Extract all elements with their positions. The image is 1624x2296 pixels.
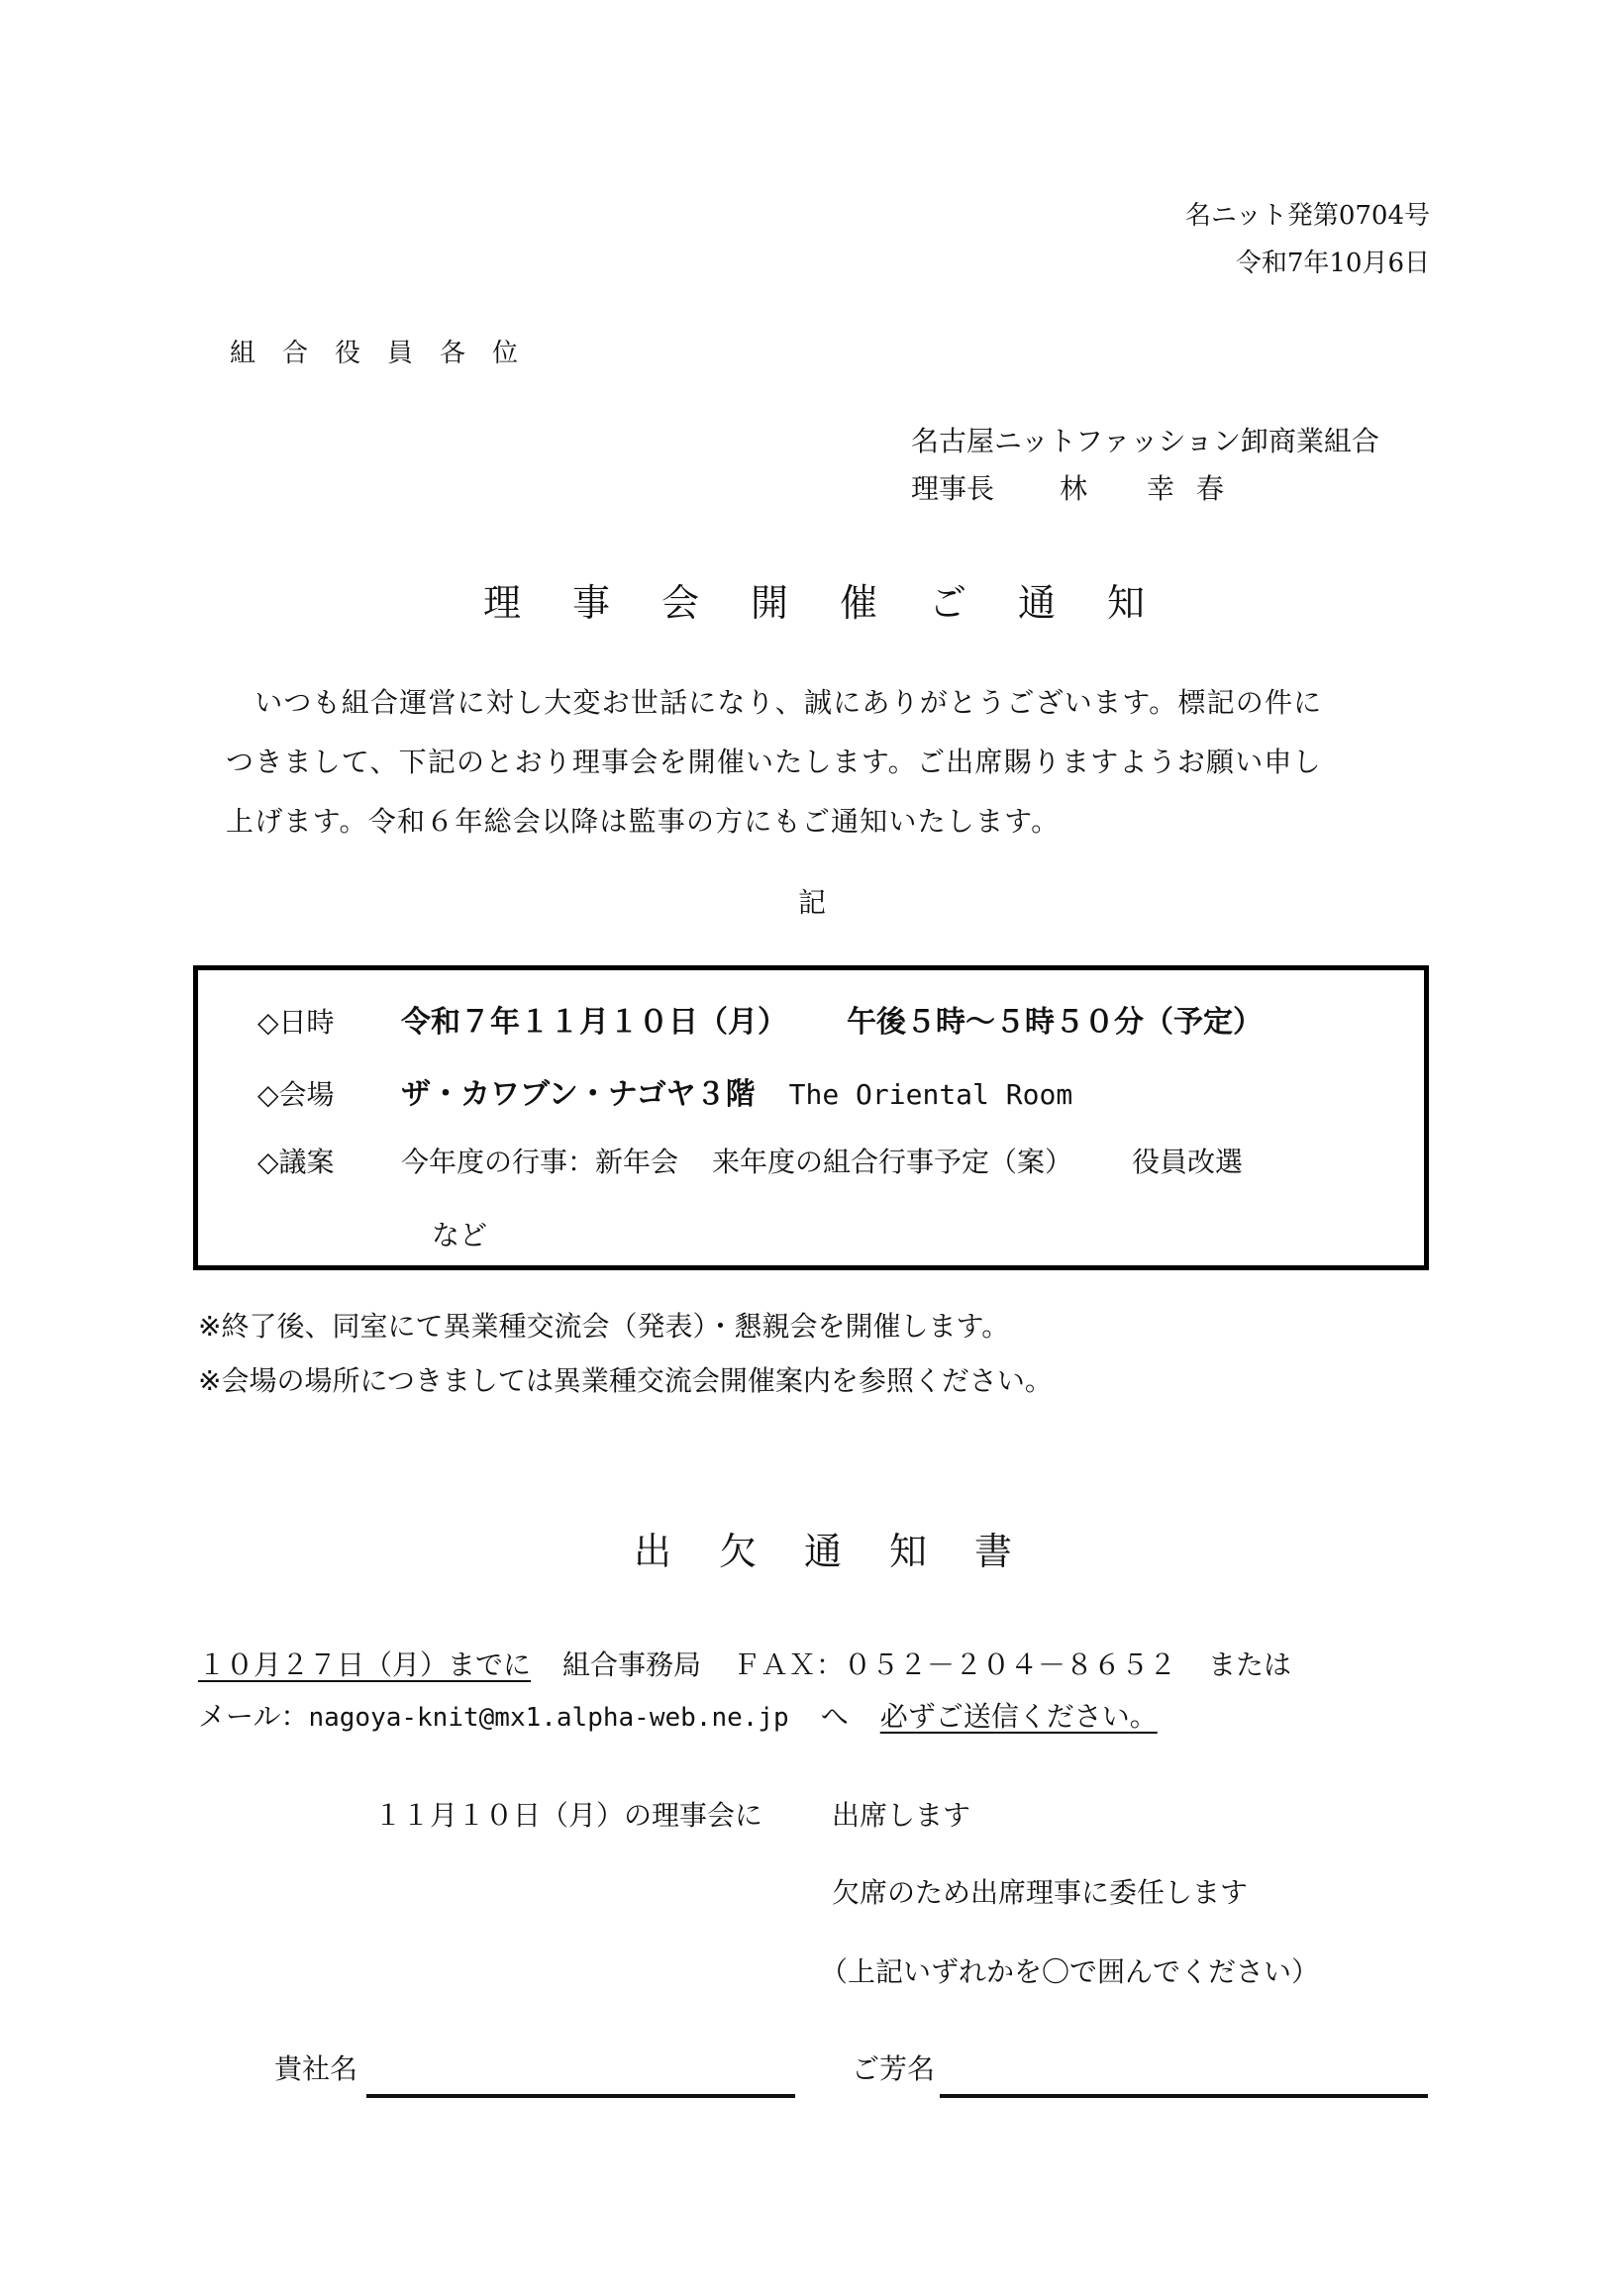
company-name-label: 貴社名 <box>274 2055 357 2083</box>
company-name-field[interactable] <box>366 2094 795 2098</box>
email-prefix: メール： <box>198 1700 308 1733</box>
document-number: 名ニット発第0704号 <box>1185 203 1430 229</box>
deadline-line: １０月２７日（月）までに組合事務局ＦＡＸ：０５２－２０４－８６５２または <box>198 1651 1291 1679</box>
rep-title: 理事長 <box>911 475 1060 503</box>
meeting-details-box: ◇日時令和７年１１月１０日（月）午後５時～５時５０分（予定） ◇会場ザ・カワブン… <box>193 965 1429 1270</box>
venue-row: ◇会場ザ・カワブン・ナゴヤ３階The Oriental Room <box>257 1069 1072 1113</box>
venue-label: ◇会場 <box>257 1073 401 1113</box>
note-after-meeting: ※終了後、同室にて異業種交流会（発表）・懇親会を開催します。 <box>198 1313 1009 1341</box>
agenda-more: など <box>432 1214 487 1253</box>
email-to: へ <box>821 1700 849 1733</box>
agenda-row: ◇議案今年度の行事：新年会来年度の組合行事予定（案）役員改選 <box>257 1141 1243 1180</box>
rep-family-name: 林 <box>1060 475 1147 503</box>
person-name-field[interactable] <box>940 2094 1428 2098</box>
meeting-reference: １１月１０日（月）の理事会に <box>374 1802 762 1830</box>
send-request: 必ずご送信ください。 <box>880 1700 1158 1733</box>
body-line: いつも組合運営に対し大変お世話になり、誠にありがとうございます。標記の件に <box>226 685 1394 745</box>
rep-given-name-1: 幸 <box>1147 475 1196 503</box>
response-form-title: 出欠通知書 <box>634 1533 1060 1570</box>
body-line: つきまして、下記のとおり理事会を開催いたします。ご出席賜りますようお願い申し <box>226 745 1394 804</box>
datetime-row: ◇日時令和７年１１月１０日（月）午後５時～５時５０分（予定） <box>257 997 1263 1041</box>
ki-marker: 記 <box>798 889 826 917</box>
agenda-item-3: 役員改選 <box>1132 1141 1243 1180</box>
option-attend[interactable]: 出席します <box>832 1802 970 1830</box>
recipient: 組合役員各位 <box>230 341 545 366</box>
person-name-label: ご芳名 <box>852 2055 935 2083</box>
datetime-time: 午後５時～５時５０分（予定） <box>847 997 1263 1041</box>
body-line: 上げます。令和６年総会以降は監事の方にもご通知いたします。 <box>226 804 1394 863</box>
sender-representative: 理事長林幸春 <box>911 475 1224 503</box>
fax-number: ＦＡＸ：０５２－２０４－８６５２ <box>733 1648 1176 1681</box>
agenda-label: ◇議案 <box>257 1141 401 1180</box>
agenda-item-1: 今年度の行事：新年会 <box>401 1141 678 1180</box>
datetime-date: 令和７年１１月１０日（月） <box>401 997 787 1041</box>
page-title: 理事会開催ご通知 <box>483 584 1196 622</box>
selection-instruction: （上記いずれかを〇で囲んでください） <box>820 1958 1319 1986</box>
rep-given-name-2: 春 <box>1196 475 1224 503</box>
venue-room: The Oriental Room <box>789 1078 1073 1111</box>
document-date: 令和7年10月6日 <box>1236 250 1430 276</box>
body-paragraph: いつも組合運営に対し大変お世話になり、誠にありがとうございます。標記の件に つき… <box>226 685 1394 863</box>
option-proxy[interactable]: 欠席のため出席理事に委任します <box>832 1879 1248 1907</box>
agenda-item-2: 来年度の組合行事予定（案） <box>712 1141 1072 1180</box>
office: 組合事務局 <box>562 1648 701 1681</box>
datetime-label: ◇日時 <box>257 1001 401 1041</box>
note-venue-location: ※会場の場所につきましては異業種交流会開催案内を参照ください。 <box>198 1367 1053 1395</box>
email-line: メール：nagoya-knit@mx1.alpha-web.ne.jpへ必ずご送… <box>198 1703 1158 1731</box>
email-address[interactable]: nagoya-knit@mx1.alpha-web.ne.jp <box>308 1703 788 1733</box>
venue-name: ザ・カワブン・ナゴヤ３階 <box>401 1069 756 1113</box>
deadline: １０月２７日（月）までに <box>198 1648 531 1681</box>
or-text: または <box>1208 1648 1291 1681</box>
sender-organization: 名古屋ニットファッション卸商業組合 <box>911 428 1379 455</box>
